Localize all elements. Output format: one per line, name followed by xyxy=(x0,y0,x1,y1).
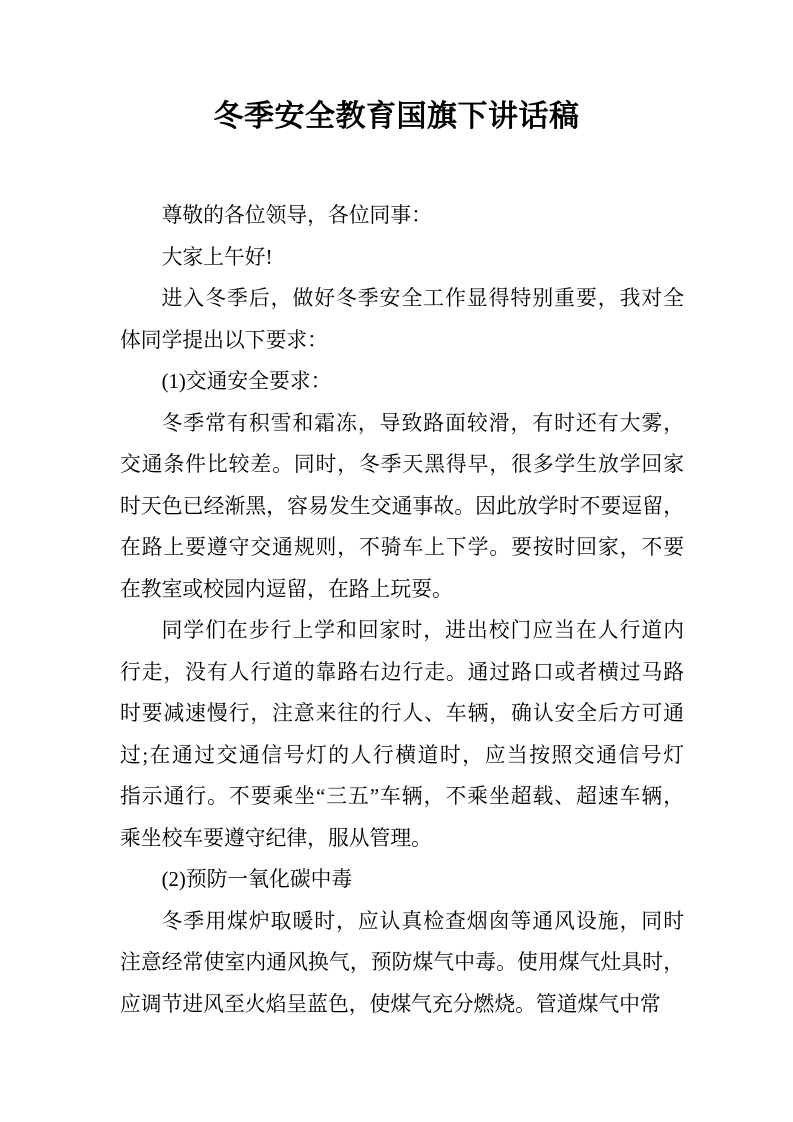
paragraph: 尊敬的各位领导，各位同事： xyxy=(120,195,684,237)
text-line: (1)交通安全要求： xyxy=(120,361,684,403)
document-body: 尊敬的各位领导，各位同事：大家上午好!进入冬季后，做好冬季安全工作显得特别重要，… xyxy=(120,195,684,1025)
document-title: 冬季安全教育国旗下讲话稿 xyxy=(0,96,793,138)
text-line: 在教室或校园内逗留，在路上玩耍。 xyxy=(120,569,684,611)
text-line: 交通条件比较差。同时，冬季天黑得早，很多学生放学回家 xyxy=(120,444,684,486)
text-line: 应调节进风至火焰呈蓝色，使煤气充分燃烧。管道煤气中常 xyxy=(120,984,684,1026)
text-line: 注意经常使室内通风换气，预防煤气中毒。使用煤气灶具时， xyxy=(120,942,684,984)
text-line: 乘坐校车要遵守纪律，服从管理。 xyxy=(120,818,684,860)
text-line: 指示通行。不要乘坐“三五”车辆，不乘坐超载、超速车辆， xyxy=(120,776,684,818)
text-line: 尊敬的各位领导，各位同事： xyxy=(120,195,684,237)
text-line: 冬季用煤炉取暖时，应认真检查烟囱等通风设施，同时 xyxy=(120,901,684,943)
paragraph: 大家上午好! xyxy=(120,237,684,279)
paragraph: (2)预防一氧化碳中毒 xyxy=(120,859,684,901)
paragraph: (1)交通安全要求： xyxy=(120,361,684,403)
paragraph: 同学们在步行上学和回家时，进出校门应当在人行道内行走，没有人行道的靠路右边行走。… xyxy=(120,610,684,859)
text-line: 大家上午好! xyxy=(120,237,684,279)
text-line: 体同学提出以下要求： xyxy=(120,320,684,362)
paragraph: 冬季常有积雪和霜冻，导致路面较滑，有时还有大雾，交通条件比较差。同时，冬季天黑得… xyxy=(120,403,684,611)
text-line: 同学们在步行上学和回家时，进出校门应当在人行道内 xyxy=(120,610,684,652)
text-line: 冬季常有积雪和霜冻，导致路面较滑，有时还有大雾， xyxy=(120,403,684,445)
text-line: (2)预防一氧化碳中毒 xyxy=(120,859,684,901)
text-line: 行走，没有人行道的靠路右边行走。通过路口或者横过马路 xyxy=(120,652,684,694)
text-line: 进入冬季后，做好冬季安全工作显得特别重要，我对全 xyxy=(120,278,684,320)
text-line: 过;在通过交通信号灯的人行横道时，应当按照交通信号灯 xyxy=(120,735,684,777)
document-page: 冬季安全教育国旗下讲话稿 尊敬的各位领导，各位同事：大家上午好!进入冬季后，做好… xyxy=(0,0,793,1122)
paragraph: 冬季用煤炉取暖时，应认真检查烟囱等通风设施，同时注意经常使室内通风换气，预防煤气… xyxy=(120,901,684,1026)
text-line: 时要减速慢行，注意来往的行人、车辆，确认安全后方可通 xyxy=(120,693,684,735)
text-line: 在路上要遵守交通规则，不骑车上下学。要按时回家，不要 xyxy=(120,527,684,569)
paragraph: 进入冬季后，做好冬季安全工作显得特别重要，我对全体同学提出以下要求： xyxy=(120,278,684,361)
text-line: 时天色已经渐黑，容易发生交通事故。因此放学时不要逗留， xyxy=(120,486,684,528)
